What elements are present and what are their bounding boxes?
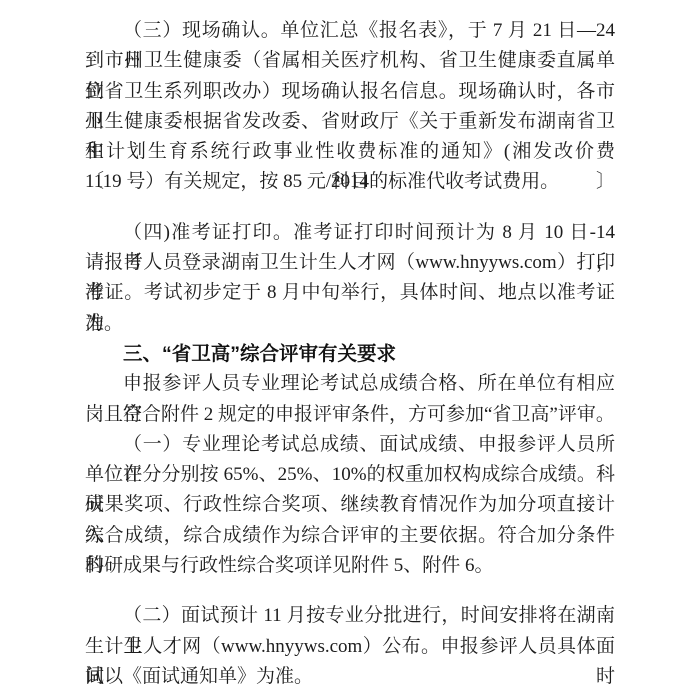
text-line: 1119 号）有关规定，按 85 元/科目的标准代收考试费用。 — [85, 167, 615, 197]
text-line: 综合成绩，综合成绩作为综合评审的主要依据。符合加分条件的 — [85, 521, 615, 551]
document-text-block: （三）现场确认。单位汇总《报名表》，于 7 月 21 日—24 日到市州卫生健康… — [85, 16, 615, 692]
text-line: 生计生人才网（www.hnyyws.com）公布。申报参评人员具体面试时 — [85, 632, 615, 662]
text-line: （四)准考证打印。准考证打印时间预计为 8 月 10 日-14 日， — [85, 218, 615, 248]
text-line: 和计划生育系统行政事业性收费标准的通知》(湘发改价费〔2014〕 — [85, 137, 615, 167]
text-line: （二）面试预计 11 月按专业分批进行，时间安排将在湖南卫 — [85, 601, 615, 631]
text-line: 卫生健康委根据省发改委、省财政厅《关于重新发布湖南省卫生 — [85, 107, 615, 137]
text-line: （三）现场确认。单位汇总《报名表》，于 7 月 21 日—24 日 — [85, 16, 615, 46]
text-line: 到省卫生系列职改办）现场确认报名信息。现场确认时，各市州 — [85, 77, 615, 107]
text-line: 考证。考试初步定于 8 月中旬举行，具体时间、地点以准考证为 — [85, 278, 615, 308]
text-line: 到市州卫生健康委（省属相关医疗机构、省卫生健康委直属单位 — [85, 46, 615, 76]
text-line: 申报参评人员专业理论考试总成绩合格、所在单位有相应空 — [85, 369, 615, 399]
text-line: 单位评分分别按 65%、25%、10%的权重加权构成综合成绩。科研 — [85, 460, 615, 490]
text-line: 岗且符合附件 2 规定的申报评审条件，方可参加“省卫高”评审。 — [85, 400, 615, 430]
section-heading: 三、“省卫高”综合评审有关要求 — [85, 339, 615, 369]
text-line: 科研成果与行政性综合奖项详见附件 5、附件 6。 — [85, 551, 615, 581]
text-line: 请报考人员登录湖南卫生计生人才网（www.hnyyws.com）打印准 — [85, 248, 615, 278]
document-page: （三）现场确认。单位汇总《报名表》，于 7 月 21 日—24 日到市州卫生健康… — [0, 0, 690, 700]
text-line: 成果奖项、行政性综合奖项、继续教育情况作为加分项直接计入 — [85, 490, 615, 520]
text-line: 准。 — [85, 309, 615, 339]
text-line: （一）专业理论考试总成绩、面试成绩、申报参评人员所在 — [85, 430, 615, 460]
